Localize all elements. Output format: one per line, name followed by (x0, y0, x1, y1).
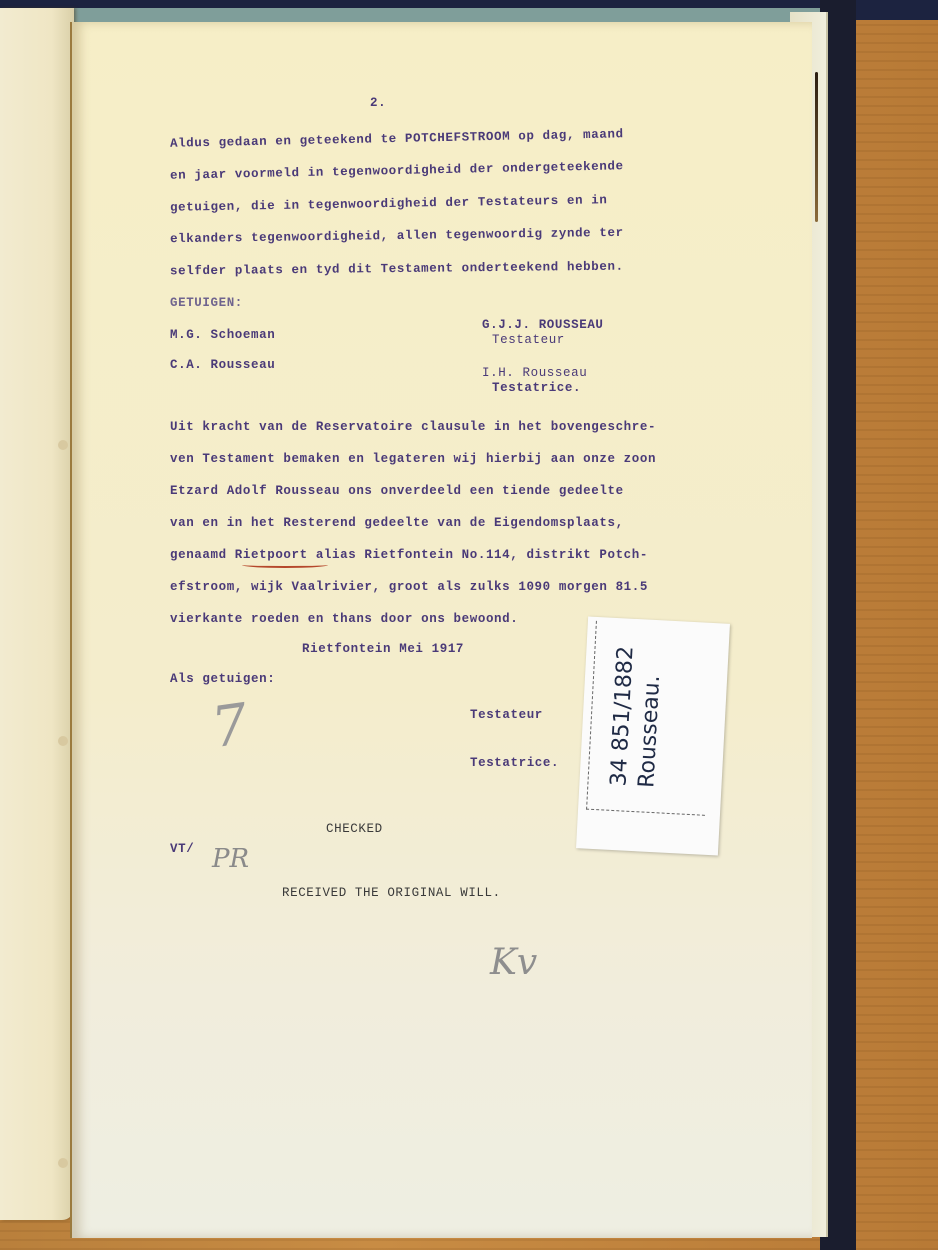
place-date: Rietfontein Mei 1917 (302, 642, 464, 656)
binding-hole (58, 736, 68, 746)
red-underline (242, 562, 328, 568)
text-line: en jaar voormeld in tegenwoordigheid der… (170, 159, 624, 182)
text-line: getuigen, die in tegenwoordigheid der Te… (170, 193, 608, 215)
testatrix-name: I.H. Rousseau (482, 366, 587, 380)
pencil-signature: Kv (490, 942, 537, 983)
archive-reference-slip: 34 851/1882 Rousseau. (576, 616, 730, 855)
binding-hole (58, 440, 68, 450)
text-line: Uit kracht van de Reservatoire clausule … (170, 420, 656, 434)
witnesses-heading-2: Als getuigen: (170, 672, 275, 686)
signature-role: Testateur (470, 708, 543, 722)
checked-stamp: CHECKED (326, 822, 383, 836)
text-line: Etzard Adolf Rousseau ons onverdeeld een… (170, 484, 624, 498)
binding-hole (58, 1158, 68, 1168)
text-line: selfder plaats en tyd dit Testament onde… (170, 260, 624, 279)
received-note: RECEIVED THE ORIGINAL WILL. (282, 886, 501, 900)
text-line: Aldus gedaan en geteekend te POTCHEFSTRO… (170, 127, 624, 150)
testatrix-role: Testatrice. (492, 381, 581, 395)
left-page-curl (0, 8, 74, 1220)
text-line: efstroom, wijk Vaalrivier, groot als zul… (170, 580, 648, 594)
testator-name: G.J.J. ROUSSEAU (482, 318, 604, 332)
testator-role: Testateur (492, 333, 565, 347)
text-line: ven Testament bemaken en legateren wij h… (170, 452, 656, 466)
text-line: vierkante roeden en thans door ons bewoo… (170, 612, 518, 626)
slip-handwriting: 34 851/1882 Rousseau. (605, 645, 667, 788)
witness-name: M.G. Schoeman (170, 328, 275, 342)
signature-role: Testatrice. (470, 756, 559, 770)
typed-initials: VT/ (170, 842, 194, 856)
text-line: genaamd Rietpoort alias Rietfontein No.1… (170, 548, 648, 562)
page-number: 2. (370, 96, 386, 110)
margin-pen-stroke (815, 72, 818, 222)
pencil-mark: 7 (208, 692, 252, 761)
text-line: van en in het Resterend gedeelte van de … (170, 516, 624, 530)
witnesses-heading: GETUIGEN: (170, 296, 243, 310)
text-line: elkanders tegenwoordigheid, allen tegenw… (170, 226, 624, 246)
witness-name: C.A. Rousseau (170, 358, 275, 372)
handwritten-initials: PR (212, 844, 249, 874)
